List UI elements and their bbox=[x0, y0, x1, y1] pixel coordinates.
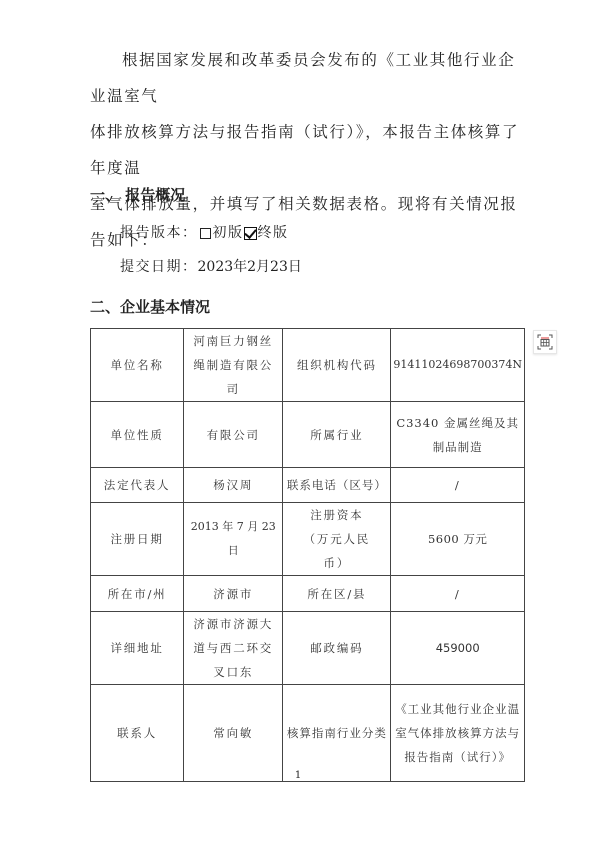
cell-value: 济源市 bbox=[184, 576, 283, 612]
submit-date-line: 提交日期：2023年2月23日 bbox=[120, 256, 302, 276]
company-info-table: 单位名称 河南巨力钢丝绳制造有限公司 组织机构代码 91411024698700… bbox=[90, 328, 525, 782]
section-2-heading: 二、企业基本情况 bbox=[90, 296, 210, 317]
table-row: 详细地址 济源市济源大道与西二环交叉口东 邮政编码 459000 bbox=[91, 612, 525, 685]
table-row: 单位性质 有限公司 所属行业 C3340 金属丝绳及其制品制造 bbox=[91, 402, 525, 468]
intro-line-1: 根据国家发展和改革委员会发布的《工业其他行业企业温室气 bbox=[90, 51, 515, 105]
version-label: 报告版本： bbox=[120, 225, 198, 241]
cell-label: 核算指南行业分类 bbox=[283, 685, 391, 782]
intro-line-2: 体排放核算方法与报告指南（试行）》，本报告主体核算了年度温 bbox=[90, 114, 530, 186]
cell-label: 法定代表人 bbox=[91, 468, 184, 503]
table-select-button[interactable] bbox=[533, 330, 557, 354]
page-number: 1 bbox=[0, 770, 596, 781]
table-row: 联系人 常向敏 核算指南行业分类 《工业其他行业企业温室气体排放核算方法与报告指… bbox=[91, 685, 525, 782]
cell-value: 常向敏 bbox=[184, 685, 283, 782]
cell-label: 所属行业 bbox=[283, 402, 391, 468]
section-1-heading: 一、 报告概况 bbox=[90, 184, 185, 205]
cell-value: 有限公司 bbox=[184, 402, 283, 468]
cell-value: 杨汉周 bbox=[184, 468, 283, 503]
table-select-icon bbox=[534, 331, 556, 353]
final-checkbox-checked[interactable] bbox=[244, 227, 257, 240]
final-label: 终版 bbox=[258, 225, 289, 241]
cell-value: 河南巨力钢丝绳制造有限公司 bbox=[184, 329, 283, 402]
table-row: 所在市/州 济源市 所在区/县 / bbox=[91, 576, 525, 612]
table-row: 法定代表人 杨汉周 联系电话（区号） / bbox=[91, 468, 525, 503]
date-label: 提交日期： bbox=[120, 259, 198, 275]
cell-value: 459000 bbox=[391, 612, 525, 685]
cell-value: 2013 年 7 月 23 日 bbox=[184, 503, 283, 576]
draft-label: 初版 bbox=[213, 225, 244, 241]
cell-value: 91411024698700374N bbox=[391, 329, 525, 402]
cell-value: C3340 金属丝绳及其制品制造 bbox=[391, 402, 525, 468]
cell-label: 单位性质 bbox=[91, 402, 184, 468]
table-row: 单位名称 河南巨力钢丝绳制造有限公司 组织机构代码 91411024698700… bbox=[91, 329, 525, 402]
table-row: 注册日期 2013 年 7 月 23 日 注册资本（万元人民币） 5600 万元 bbox=[91, 503, 525, 576]
date-value: 2023年2月23日 bbox=[198, 259, 302, 275]
report-version-line: 报告版本：初版终版 bbox=[120, 222, 289, 242]
cell-value: / bbox=[391, 576, 525, 612]
cell-label: 所在市/州 bbox=[91, 576, 184, 612]
cell-label: 单位名称 bbox=[91, 329, 184, 402]
cell-label: 联系电话（区号） bbox=[283, 468, 391, 503]
cell-label: 所在区/县 bbox=[283, 576, 391, 612]
cell-value: 济源市济源大道与西二环交叉口东 bbox=[184, 612, 283, 685]
cell-label: 注册日期 bbox=[91, 503, 184, 576]
cell-label: 邮政编码 bbox=[283, 612, 391, 685]
draft-checkbox[interactable] bbox=[200, 228, 211, 239]
cell-label: 详细地址 bbox=[91, 612, 184, 685]
cell-label: 联系人 bbox=[91, 685, 184, 782]
cell-value: / bbox=[391, 468, 525, 503]
cell-value: 《工业其他行业企业温室气体排放核算方法与报告指南（试行）》 bbox=[391, 685, 525, 782]
cell-label: 注册资本（万元人民币） bbox=[283, 503, 391, 576]
cell-value: 5600 万元 bbox=[391, 503, 525, 576]
cell-label: 组织机构代码 bbox=[283, 329, 391, 402]
